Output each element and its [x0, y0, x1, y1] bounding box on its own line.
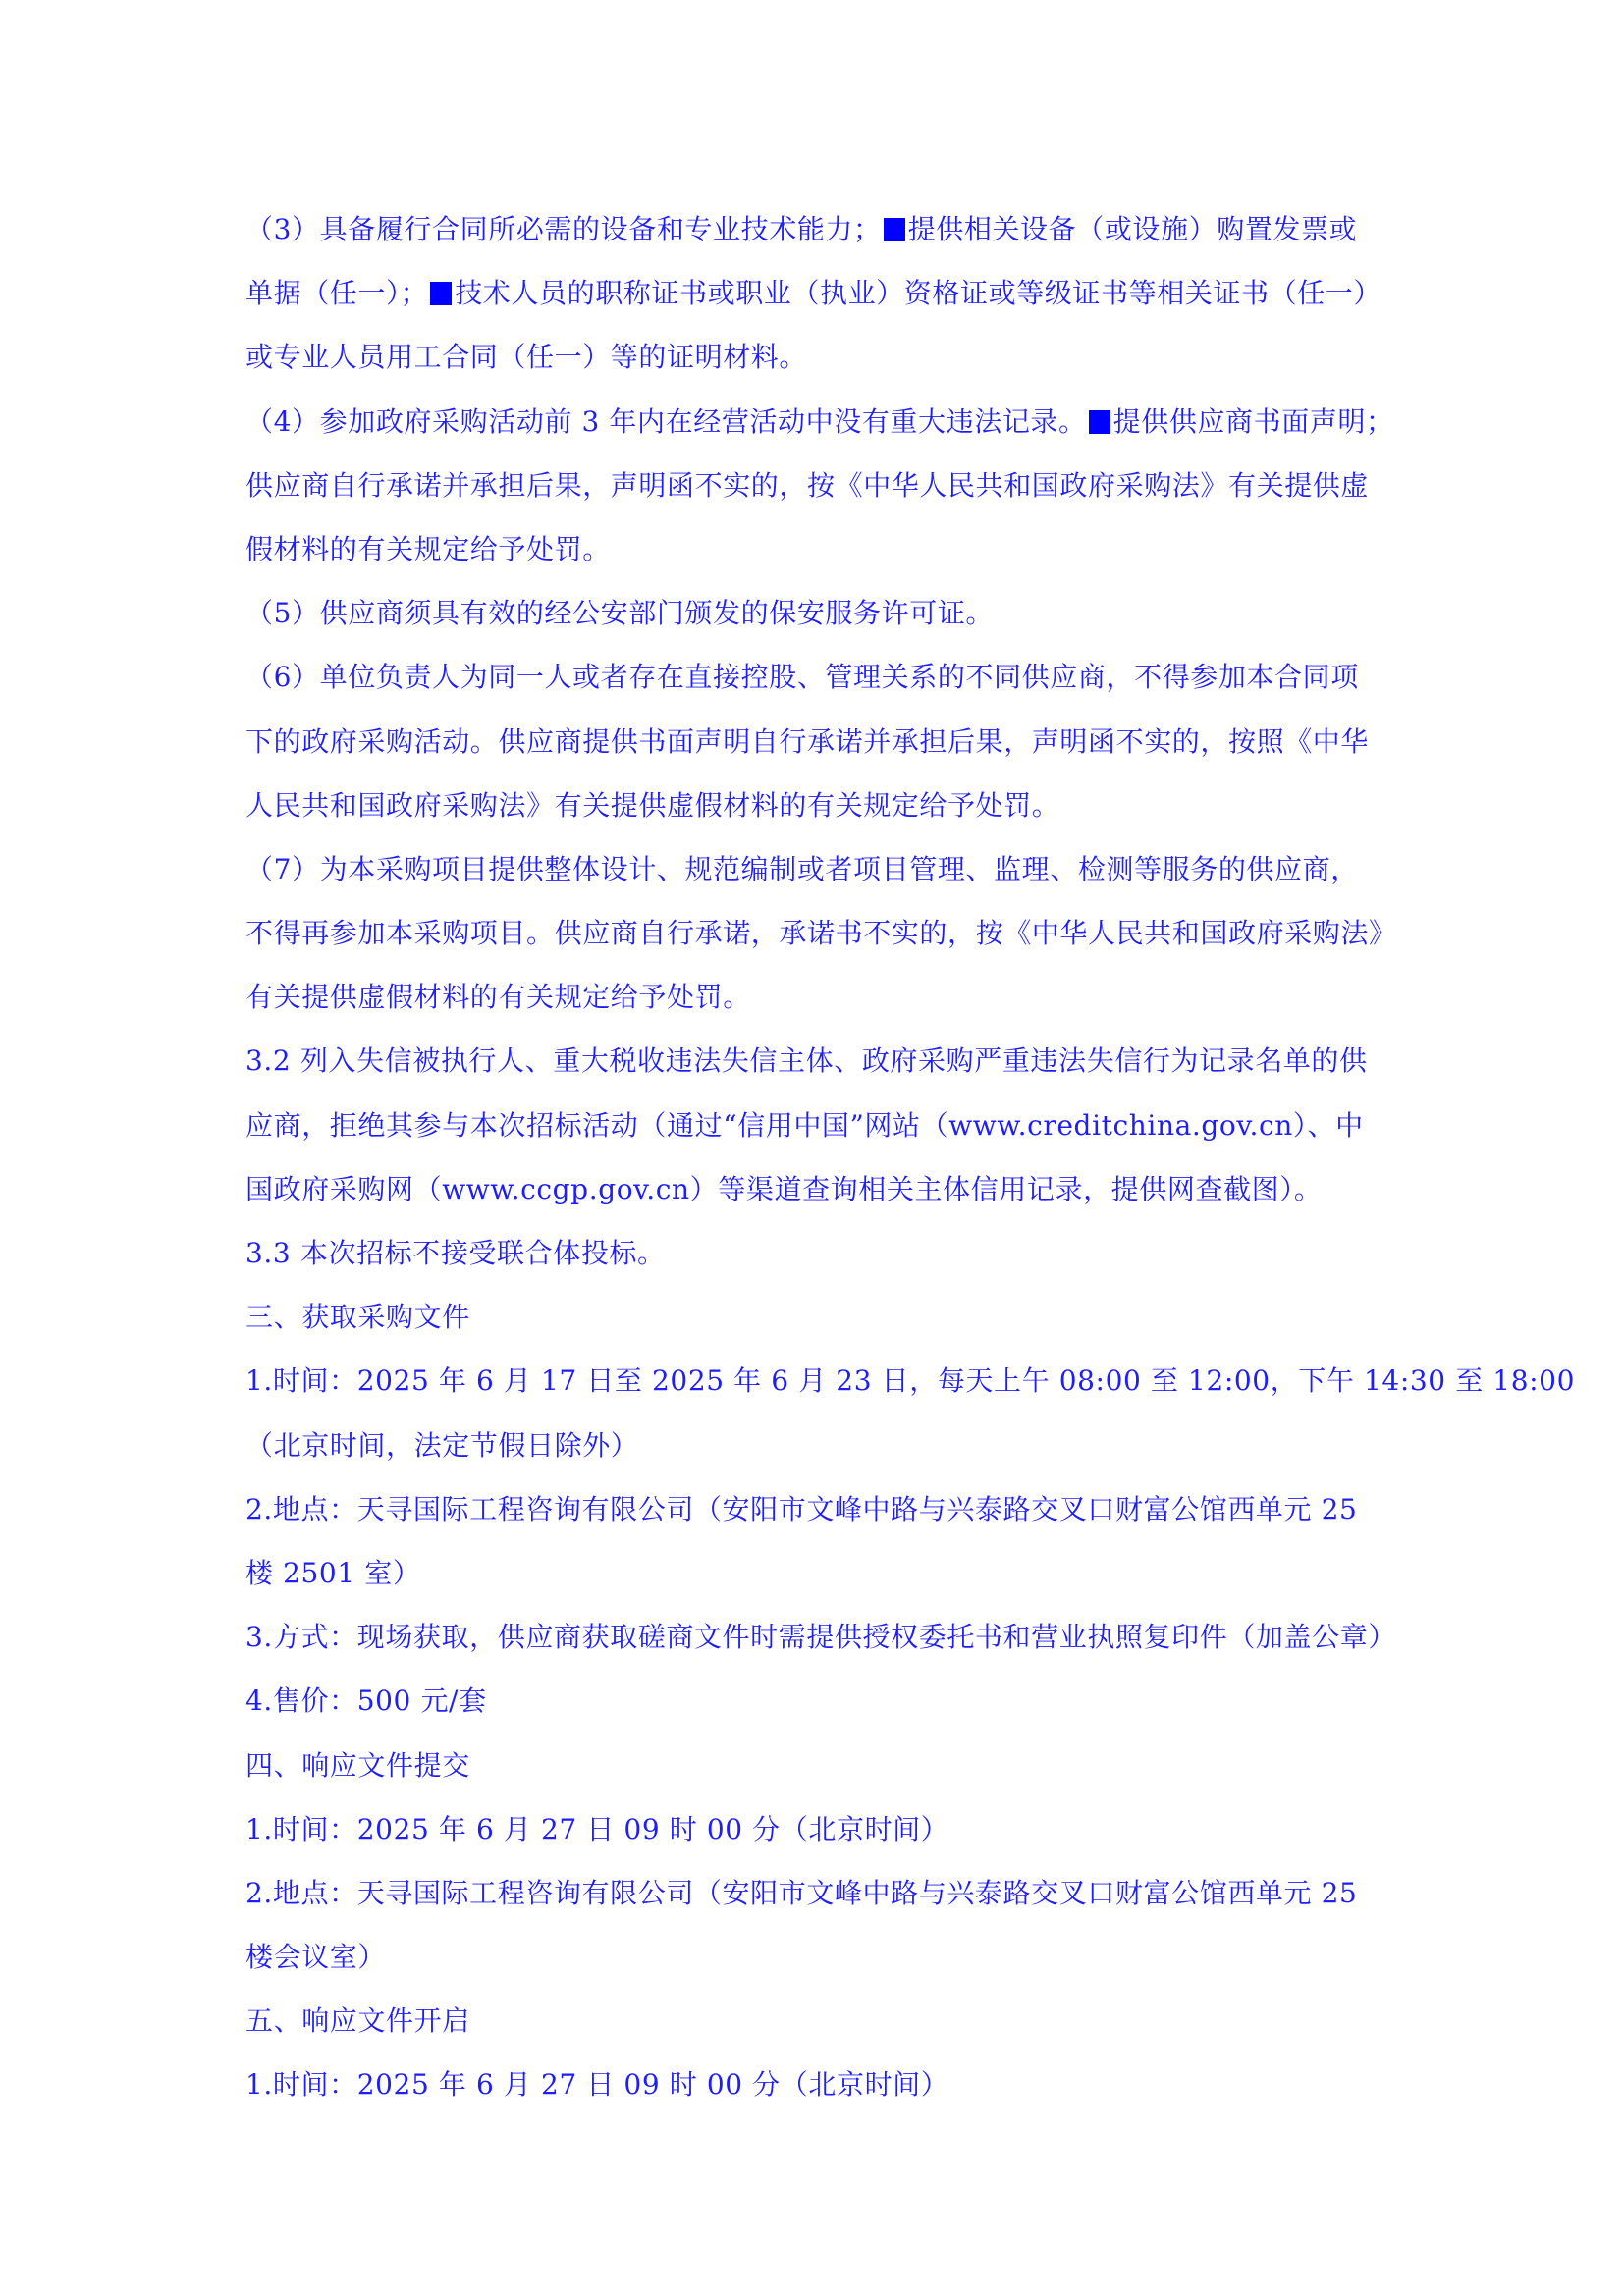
text-line: 2.地点：天寻国际工程咨询有限公司（安阳市文峰中路与兴泰路交叉口财富公馆西单元 … [245, 1488, 1384, 1552]
section-open-response: 五、响应文件开启 1.时间：2025 年 6 月 27 日 09 时 00 分（… [245, 2000, 1384, 2127]
blue-square-icon [884, 218, 905, 241]
text-segment: 单据（任一）； [245, 277, 428, 309]
text-line: 假材料的有关规定给予处罚。 [245, 528, 1384, 592]
blue-square-icon [1089, 410, 1110, 434]
clause-3-2: 3.2 列入失信被执行人、重大税收违法失信主体、政府采购严重违法失信行为记录名单… [245, 1040, 1384, 1232]
requirement-4: （4）参加政府采购活动前 3 年内在经营活动中没有重大违法记录。提供供应商书面声… [245, 400, 1384, 593]
text-line: （4）参加政府采购活动前 3 年内在经营活动中没有重大违法记录。提供供应商书面声… [245, 400, 1384, 464]
clause-3-3: 3.3 本次招标不接受联合体投标。 [245, 1232, 1384, 1296]
blue-square-icon [430, 282, 452, 305]
text-line: 3.方式：现场获取，供应商获取磋商文件时需提供授权委托书和营业执照复印件（加盖公… [245, 1616, 1384, 1680]
text-line: 1.时间：2025 年 6 月 27 日 09 时 00 分（北京时间） [245, 2063, 1384, 2127]
requirement-5: （5）供应商须具有效的经公安部门颁发的保安服务许可证。 [245, 592, 1384, 656]
requirement-7: （7）为本采购项目提供整体设计、规范编制或者项目管理、监理、检测等服务的供应商，… [245, 848, 1384, 1041]
text-line: （北京时间，法定节假日除外） [245, 1424, 1384, 1488]
section-obtain-documents: 三、获取采购文件 1.时间：2025 年 6 月 17 日至 2025 年 6 … [245, 1296, 1384, 1743]
text-line: 有关提供虚假材料的有关规定给予处罚。 [245, 976, 1384, 1040]
text-line: 供应商自行承诺并承担后果，声明函不实的，按《中华人民共和国政府采购法》有关提供虚 [245, 464, 1384, 528]
text-segment: 提供供应商书面声明； [1113, 405, 1394, 438]
text-line: 下的政府采购活动。供应商提供书面声明自行承诺并承担后果，声明函不实的，按照《中华 [245, 721, 1384, 784]
text-line: 3.2 列入失信被执行人、重大税收违法失信主体、政府采购严重违法失信行为记录名单… [245, 1040, 1384, 1103]
text-segment: （3）具备履行合同所必需的设备和专业技术能力； [245, 213, 882, 245]
text-line: 楼会议室） [245, 1936, 1384, 2000]
section-heading: 四、响应文件提交 [245, 1744, 1384, 1808]
text-line: 单据（任一）；技术人员的职称证书或职业（执业）资格证或等级证书等相关证书（任一） [245, 272, 1384, 336]
text-line: 人民共和国政府采购法》有关提供虚假材料的有关规定给予处罚。 [245, 784, 1384, 848]
text-line: 1.时间：2025 年 6 月 17 日至 2025 年 6 月 23 日，每天… [245, 1360, 1384, 1423]
requirement-6: （6）单位负责人为同一人或者存在直接控股、管理关系的不同供应商，不得参加本合同项… [245, 656, 1384, 848]
text-line: 应商，拒绝其参与本次招标活动（通过“信用中国”网站（www.creditchin… [245, 1104, 1384, 1168]
text-line: 不得再参加本采购项目。供应商自行承诺，承诺书不实的，按《中华人民共和国政府采购法… [245, 912, 1384, 976]
text-line: 国政府采购网（www.ccgp.gov.cn）等渠道查询相关主体信用记录，提供网… [245, 1168, 1384, 1232]
section-heading: 五、响应文件开启 [245, 2000, 1384, 2063]
section-heading: 三、获取采购文件 [245, 1296, 1384, 1360]
text-line: 1.时间：2025 年 6 月 27 日 09 时 00 分（北京时间） [245, 1808, 1384, 1872]
text-line: 楼 2501 室） [245, 1552, 1384, 1616]
text-segment: 技术人员的职称证书或职业（执业）资格证或等级证书等相关证书（任一） [455, 277, 1381, 309]
text-line: 2.地点：天寻国际工程咨询有限公司（安阳市文峰中路与兴泰路交叉口财富公馆西单元 … [245, 1872, 1384, 1936]
text-line: 3.3 本次招标不接受联合体投标。 [245, 1232, 1384, 1296]
text-line: （6）单位负责人为同一人或者存在直接控股、管理关系的不同供应商，不得参加本合同项 [245, 656, 1384, 720]
text-line: 4.售价：500 元/套 [245, 1680, 1384, 1743]
text-segment: 提供相关设备（或设施）购置发票或 [908, 213, 1358, 245]
section-submit-response: 四、响应文件提交 1.时间：2025 年 6 月 27 日 09 时 00 分（… [245, 1744, 1384, 2001]
text-segment: （4）参加政府采购活动前 3 年内在经营活动中没有重大违法记录。 [245, 405, 1087, 438]
text-line: （7）为本采购项目提供整体设计、规范编制或者项目管理、监理、检测等服务的供应商， [245, 848, 1384, 912]
requirement-3: （3）具备履行合同所必需的设备和专业技术能力；提供相关设备（或设施）购置发票或 … [245, 208, 1384, 400]
text-line: 或专业人员用工合同（任一）等的证明材料。 [245, 336, 1384, 400]
document-page: （3）具备履行合同所必需的设备和专业技术能力；提供相关设备（或设施）购置发票或 … [245, 208, 1384, 2128]
text-line: （3）具备履行合同所必需的设备和专业技术能力；提供相关设备（或设施）购置发票或 [245, 208, 1384, 272]
text-line: （5）供应商须具有效的经公安部门颁发的保安服务许可证。 [245, 592, 1384, 656]
